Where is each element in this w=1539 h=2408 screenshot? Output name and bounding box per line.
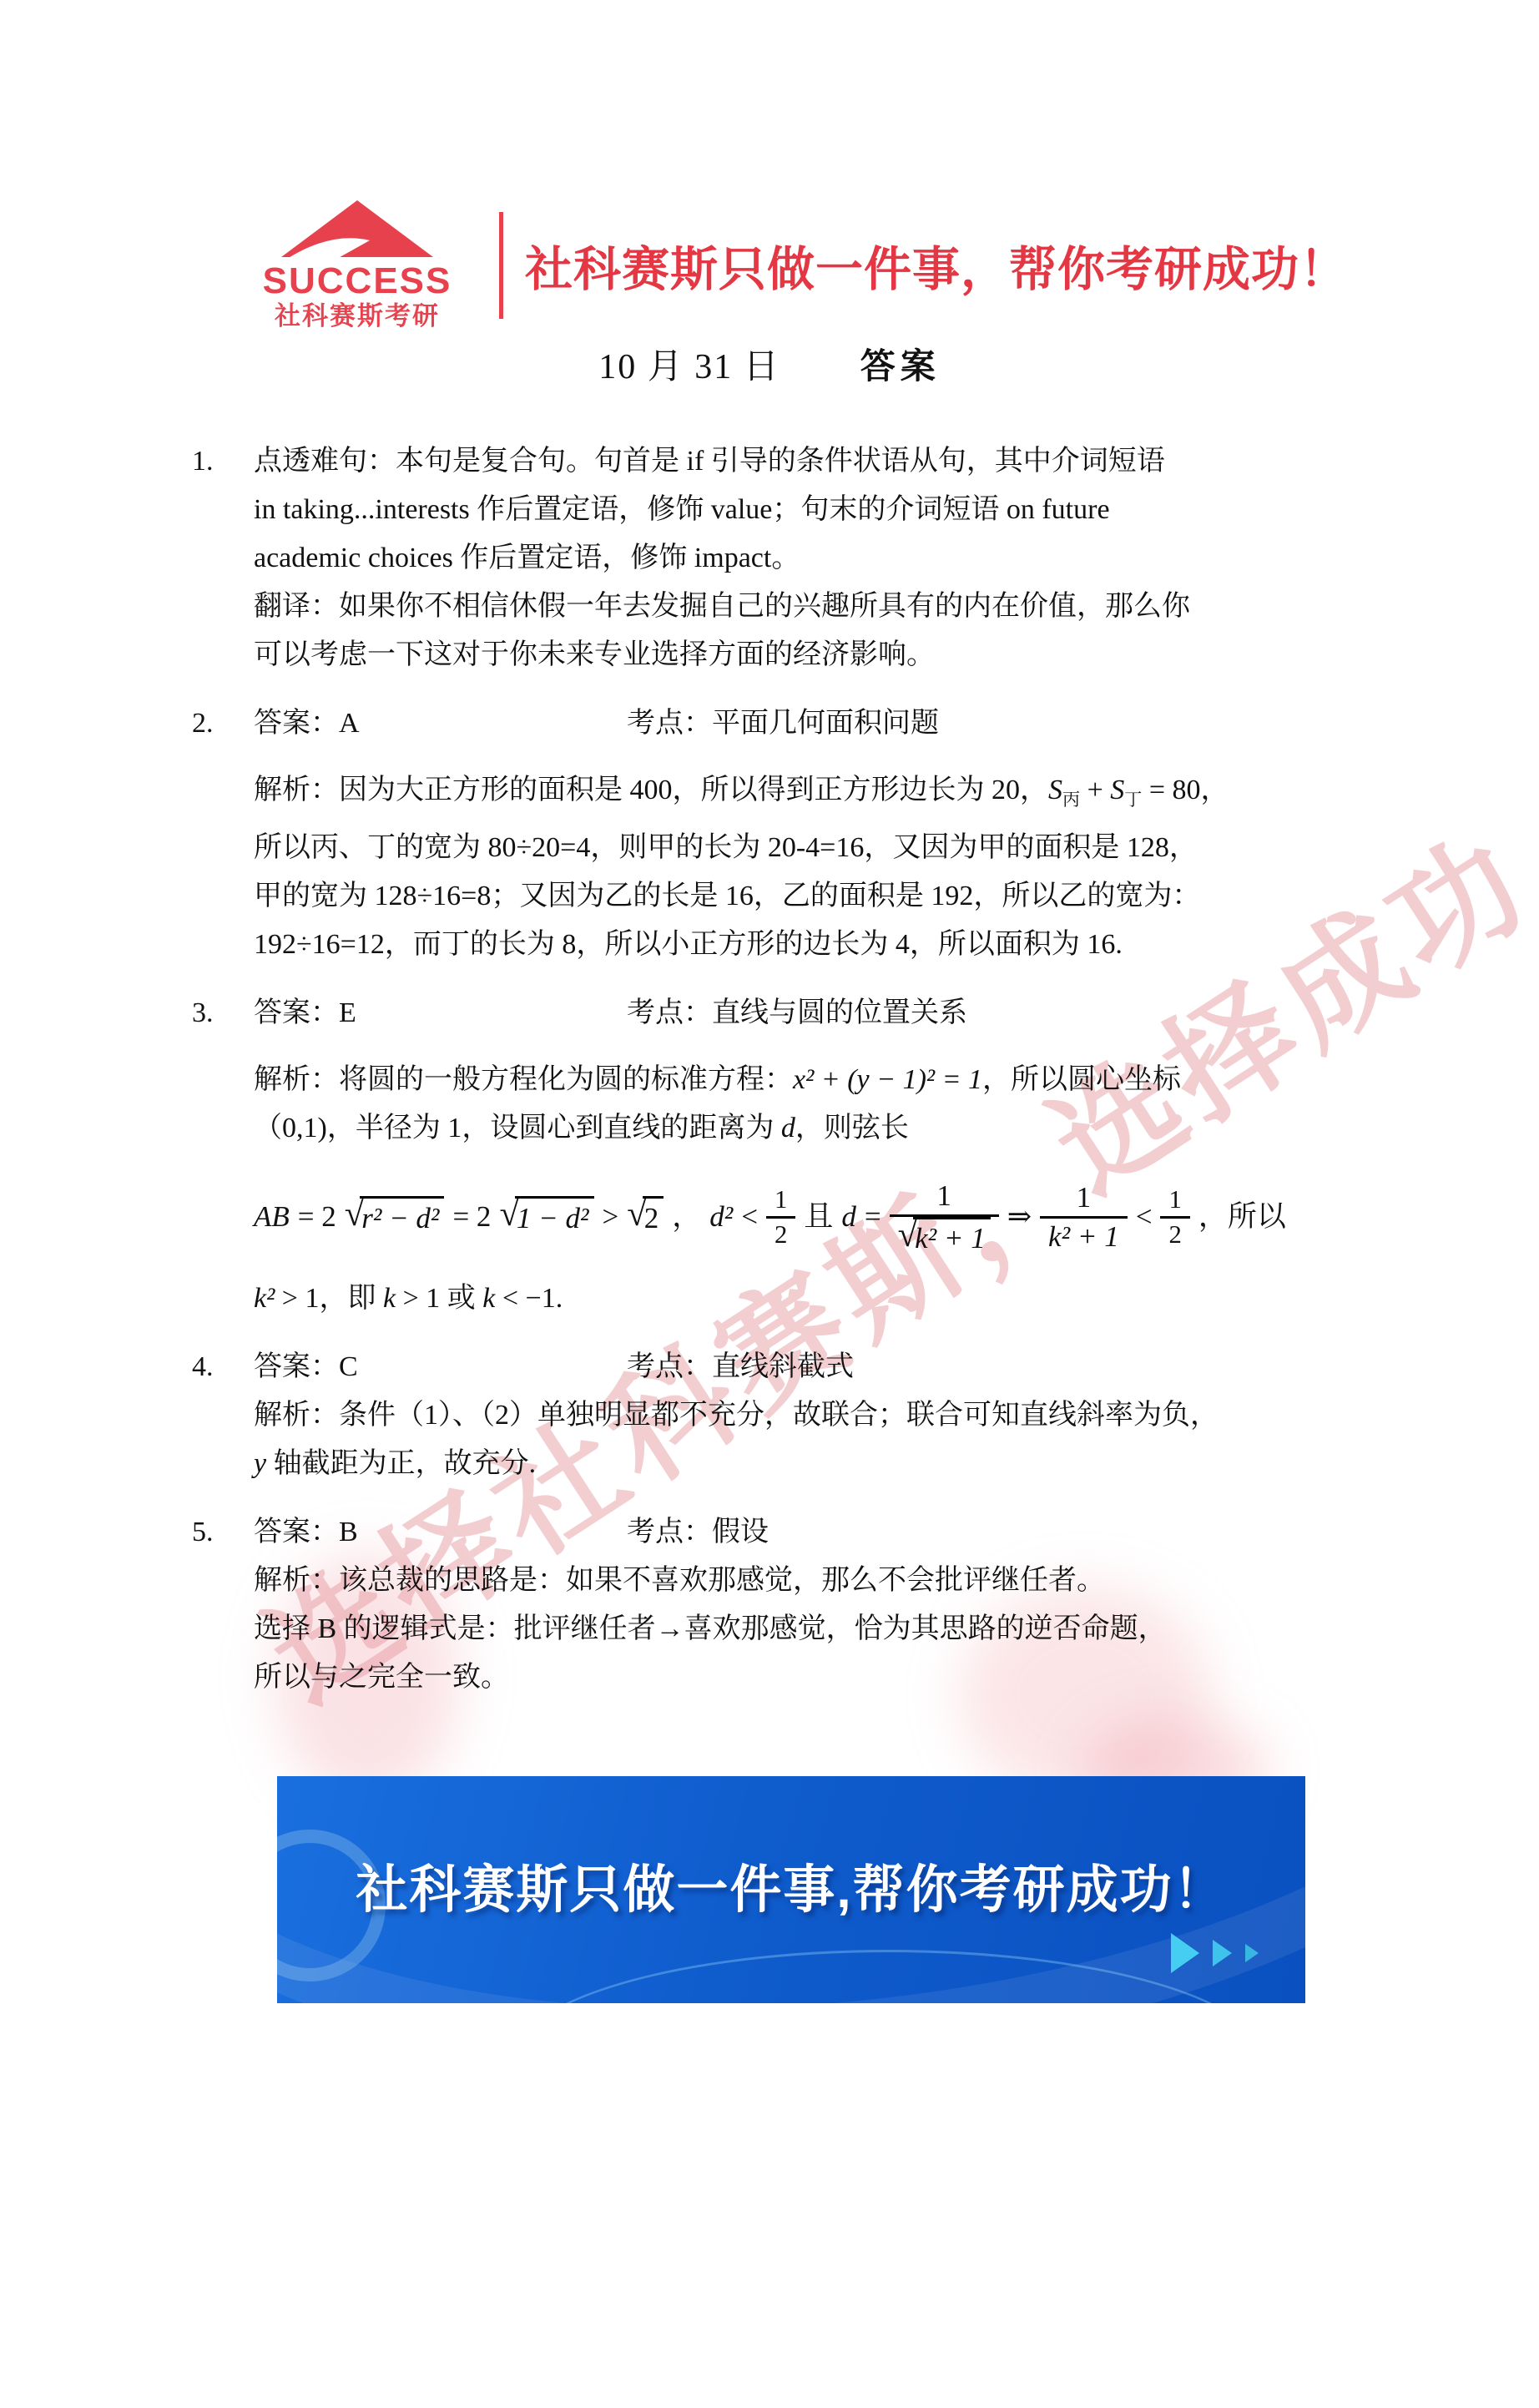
math-op: = 2 [452,1198,491,1236]
item-body: 答案：A考点：平面几何面积问题 解析：因为大正方形的面积是 400，所以得到正方… [254,699,1354,969]
exam-point: 考点：直线与圆的位置关系 [627,997,967,1028]
play-arrow-icon [1171,1933,1199,1973]
denominator: k² + 1 [1048,1220,1119,1253]
analysis-text: 轴截距为正，故充分. [266,1448,536,1479]
promo-banner: 社科赛斯只做一件事,帮你考研成功！ [277,1776,1305,2003]
analysis-text: 解析：将圆的一般方程化为圆的标准方程： [254,1064,793,1095]
answer-item-1: 1. 点透难句：本句是复合句。句首是 if 引导的条件状语从句，其中介词短语 i… [192,437,1354,679]
analysis-line: in taking...interests 作后置定语，修饰 value；句末的… [254,486,1354,534]
answer-row: 答案：B考点：假设 [254,1508,1354,1557]
math-var: d [781,1113,795,1143]
formula-line: AB = 2 √r² − d² = 2 √1 − d² > √2 ， d² < … [254,1178,1354,1257]
answer-row: 答案：E考点：直线与圆的位置关系 [254,989,1354,1037]
page-header: SUCCESS 社科赛斯考研 社科赛斯只做一件事，帮你考研成功！ [232,199,1348,331]
answer-item-4: 4. 答案：C考点：直线斜截式 解析：条件（1）、（2）单独明显都不充分，故联合… [192,1343,1354,1488]
analysis-text: < −1. [495,1283,563,1314]
item-body: 答案：C考点：直线斜截式 解析：条件（1）、（2）单独明显都不充分，故联合；联合… [254,1343,1354,1488]
fraction: 12 [766,1184,795,1250]
banner-arrows [1171,1933,1259,1973]
answer-row: 答案：C考点：直线斜截式 [254,1343,1354,1391]
math-var: k [383,1283,396,1314]
answer-item-5: 5. 答案：B考点：假设 解析：该总裁的思路是：如果不喜欢那感觉，那么不会批评继… [192,1508,1354,1702]
success-logo: SUCCESS 社科赛斯考研 [232,199,482,331]
fraction: 1k² + 1 [1040,1179,1128,1255]
math-sub: 丁 [1124,790,1142,810]
answer-value: 答案：A [254,699,627,748]
sqrt-expression: √k² + 1 [898,1217,991,1257]
radicand-text: 2 [643,1196,664,1238]
item-body: 点透难句：本句是复合句。句首是 if 引导的条件状语从句，其中介词短语 in t… [254,437,1354,679]
analysis-line: （0,1)，半径为 1，设圆心到直线的距离为 d，则弦长 [254,1104,1354,1153]
analysis-line: k² > 1，即 k > 1 或 k < −1. [254,1275,1354,1323]
math-var: k [482,1283,495,1314]
math-var: k² [254,1283,275,1314]
answer-value: 答案：C [254,1343,627,1391]
analysis-text: （0,1)，半径为 1，设圆心到直线的距离为 [254,1113,781,1143]
math-var: AB [254,1198,290,1236]
math-punct: ， [672,1198,701,1236]
answer-value: 答案：E [254,989,627,1037]
fraction: 1√k² + 1 [890,1178,999,1257]
analysis-line: 甲的宽为 128÷16=8；又因为乙的长是 16，乙的面积是 192，所以乙的宽… [254,872,1354,921]
play-arrow-icon [1245,1944,1259,1962]
analysis-line: 解析：因为大正方形的面积是 400，所以得到正方形边长为 20，S丙 + S丁 … [254,766,1354,824]
title-label: 答案 [860,348,941,386]
document-page: 选择社科赛斯，选择成功 SUCCESS 社科赛斯考研 社科赛斯只做一件事，帮你考… [0,0,1539,2408]
answers-list: 1. 点透难句：本句是复合句。句首是 if 引导的条件状语从句，其中介词短语 i… [192,437,1354,1722]
play-arrow-icon [1213,1940,1232,1966]
radicand-text: r² − d² [361,1202,439,1234]
logo-brand-text: SUCCESS [263,262,452,300]
banner-slogan: 社科赛斯只做一件事,帮你考研成功！ [277,1848,1305,1922]
sqrt-expression: √r² − d² [345,1196,445,1238]
math-op: < [1136,1198,1153,1236]
item-number: 5. [192,1508,254,1702]
exam-point: 考点：假设 [627,1517,769,1547]
math-op: = [865,1198,881,1236]
math-text: 且 [804,1198,833,1236]
analysis-line: 点透难句：本句是复合句。句首是 if 引导的条件状语从句，其中介词短语 [254,437,1354,486]
radicand-text: k² + 1 [915,1222,986,1254]
item-number: 2. [192,699,254,969]
math-var: S [1048,775,1062,805]
page-title: 10 月 31 日答案 [0,339,1539,389]
math-op: + [1080,775,1110,805]
exam-point: 考点：平面几何面积问题 [627,708,939,739]
denominator: 2 [766,1216,795,1250]
item-number: 1. [192,437,254,679]
math-op: = 2 [298,1198,336,1236]
analysis-text: > 1 或 [396,1283,482,1314]
math-op: = 80， [1142,775,1229,805]
math-var: S [1110,775,1124,805]
math-op: > [603,1198,619,1236]
header-divider [499,212,503,319]
math-var: d [841,1198,856,1236]
analysis-line: 所以与之完全一致。 [254,1653,1354,1702]
numerator: 1 [1160,1184,1189,1215]
numerator: 1 [928,1178,960,1214]
analysis-text: 解析：因为大正方形的面积是 400，所以得到正方形边长为 20， [254,775,1048,805]
analysis-line: 选择 B 的逻辑式是：批评继任者→喜欢那感觉，恰为其思路的逆否命题， [254,1605,1354,1653]
mountain-logo-icon [278,199,436,264]
math-var: y [254,1448,266,1479]
numerator: 1 [1068,1179,1100,1216]
sqrt-expression: √1 − d² [499,1196,593,1238]
translation-line: 翻译：如果你不相信休假一年去发掘自己的兴趣所具有的内在价值，那么你 [254,583,1354,631]
fraction: 12 [1160,1184,1189,1250]
analysis-text: ，则弦长 [795,1113,909,1143]
analysis-line: academic choices 作后置定语，修饰 impact。 [254,534,1354,583]
math-op: < [741,1198,758,1236]
analysis-text: ，所以圆心坐标 [982,1064,1181,1095]
item-body: 答案：B考点：假设 解析：该总裁的思路是：如果不喜欢那感觉，那么不会批评继任者。… [254,1508,1354,1702]
translation-line: 可以考虑一下这对于你未来专业选择方面的经济影响。 [254,631,1354,679]
item-number: 4. [192,1343,254,1488]
numerator: 1 [766,1184,795,1215]
item-body: 答案：E考点：直线与圆的位置关系 解析：将圆的一般方程化为圆的标准方程：x² +… [254,989,1354,1324]
logo-sub-text: 社科赛斯考研 [275,300,440,331]
analysis-line: 192÷16=12，而丁的长为 8，所以小正方形的边长为 4，所以面积为 16. [254,921,1354,969]
math-var: d² [709,1198,733,1236]
radicand-text: 1 − d² [517,1202,589,1234]
answer-item-2: 2. 答案：A考点：平面几何面积问题 解析：因为大正方形的面积是 400，所以得… [192,699,1354,969]
sqrt-expression: √2 [627,1196,664,1238]
analysis-text: > 1，即 [275,1283,383,1314]
item-number: 3. [192,989,254,1324]
math-expression: x² + (y − 1)² = 1 [793,1064,982,1095]
exam-point: 考点：直线斜截式 [627,1351,854,1382]
analysis-line: 解析：将圆的一般方程化为圆的标准方程：x² + (y − 1)² = 1，所以圆… [254,1056,1354,1104]
title-date: 10 月 31 日 [598,348,780,386]
answer-item-3: 3. 答案：E考点：直线与圆的位置关系 解析：将圆的一般方程化为圆的标准方程：x… [192,989,1354,1324]
math-text: ，所以 [1198,1198,1286,1236]
analysis-line: 解析：该总裁的思路是：如果不喜欢那感觉，那么不会批评继任者。 [254,1557,1354,1605]
analysis-line: y 轴截距为正，故充分. [254,1440,1354,1488]
math-sub: 丙 [1062,790,1080,810]
header-slogan: 社科赛斯只做一件事，帮你考研成功！ [525,231,1348,300]
analysis-line: 解析：条件（1）、（2）单独明显都不充分，故联合；联合可知直线斜率为负， [254,1391,1354,1440]
analysis-line: 所以丙、丁的宽为 80÷20=4，则甲的长为 20-4=16，又因为甲的面积是 … [254,824,1354,872]
implies-arrow: ⇒ [1007,1198,1032,1236]
answer-row: 答案：A考点：平面几何面积问题 [254,699,1354,748]
answer-value: 答案：B [254,1508,627,1557]
denominator: 2 [1160,1216,1189,1250]
